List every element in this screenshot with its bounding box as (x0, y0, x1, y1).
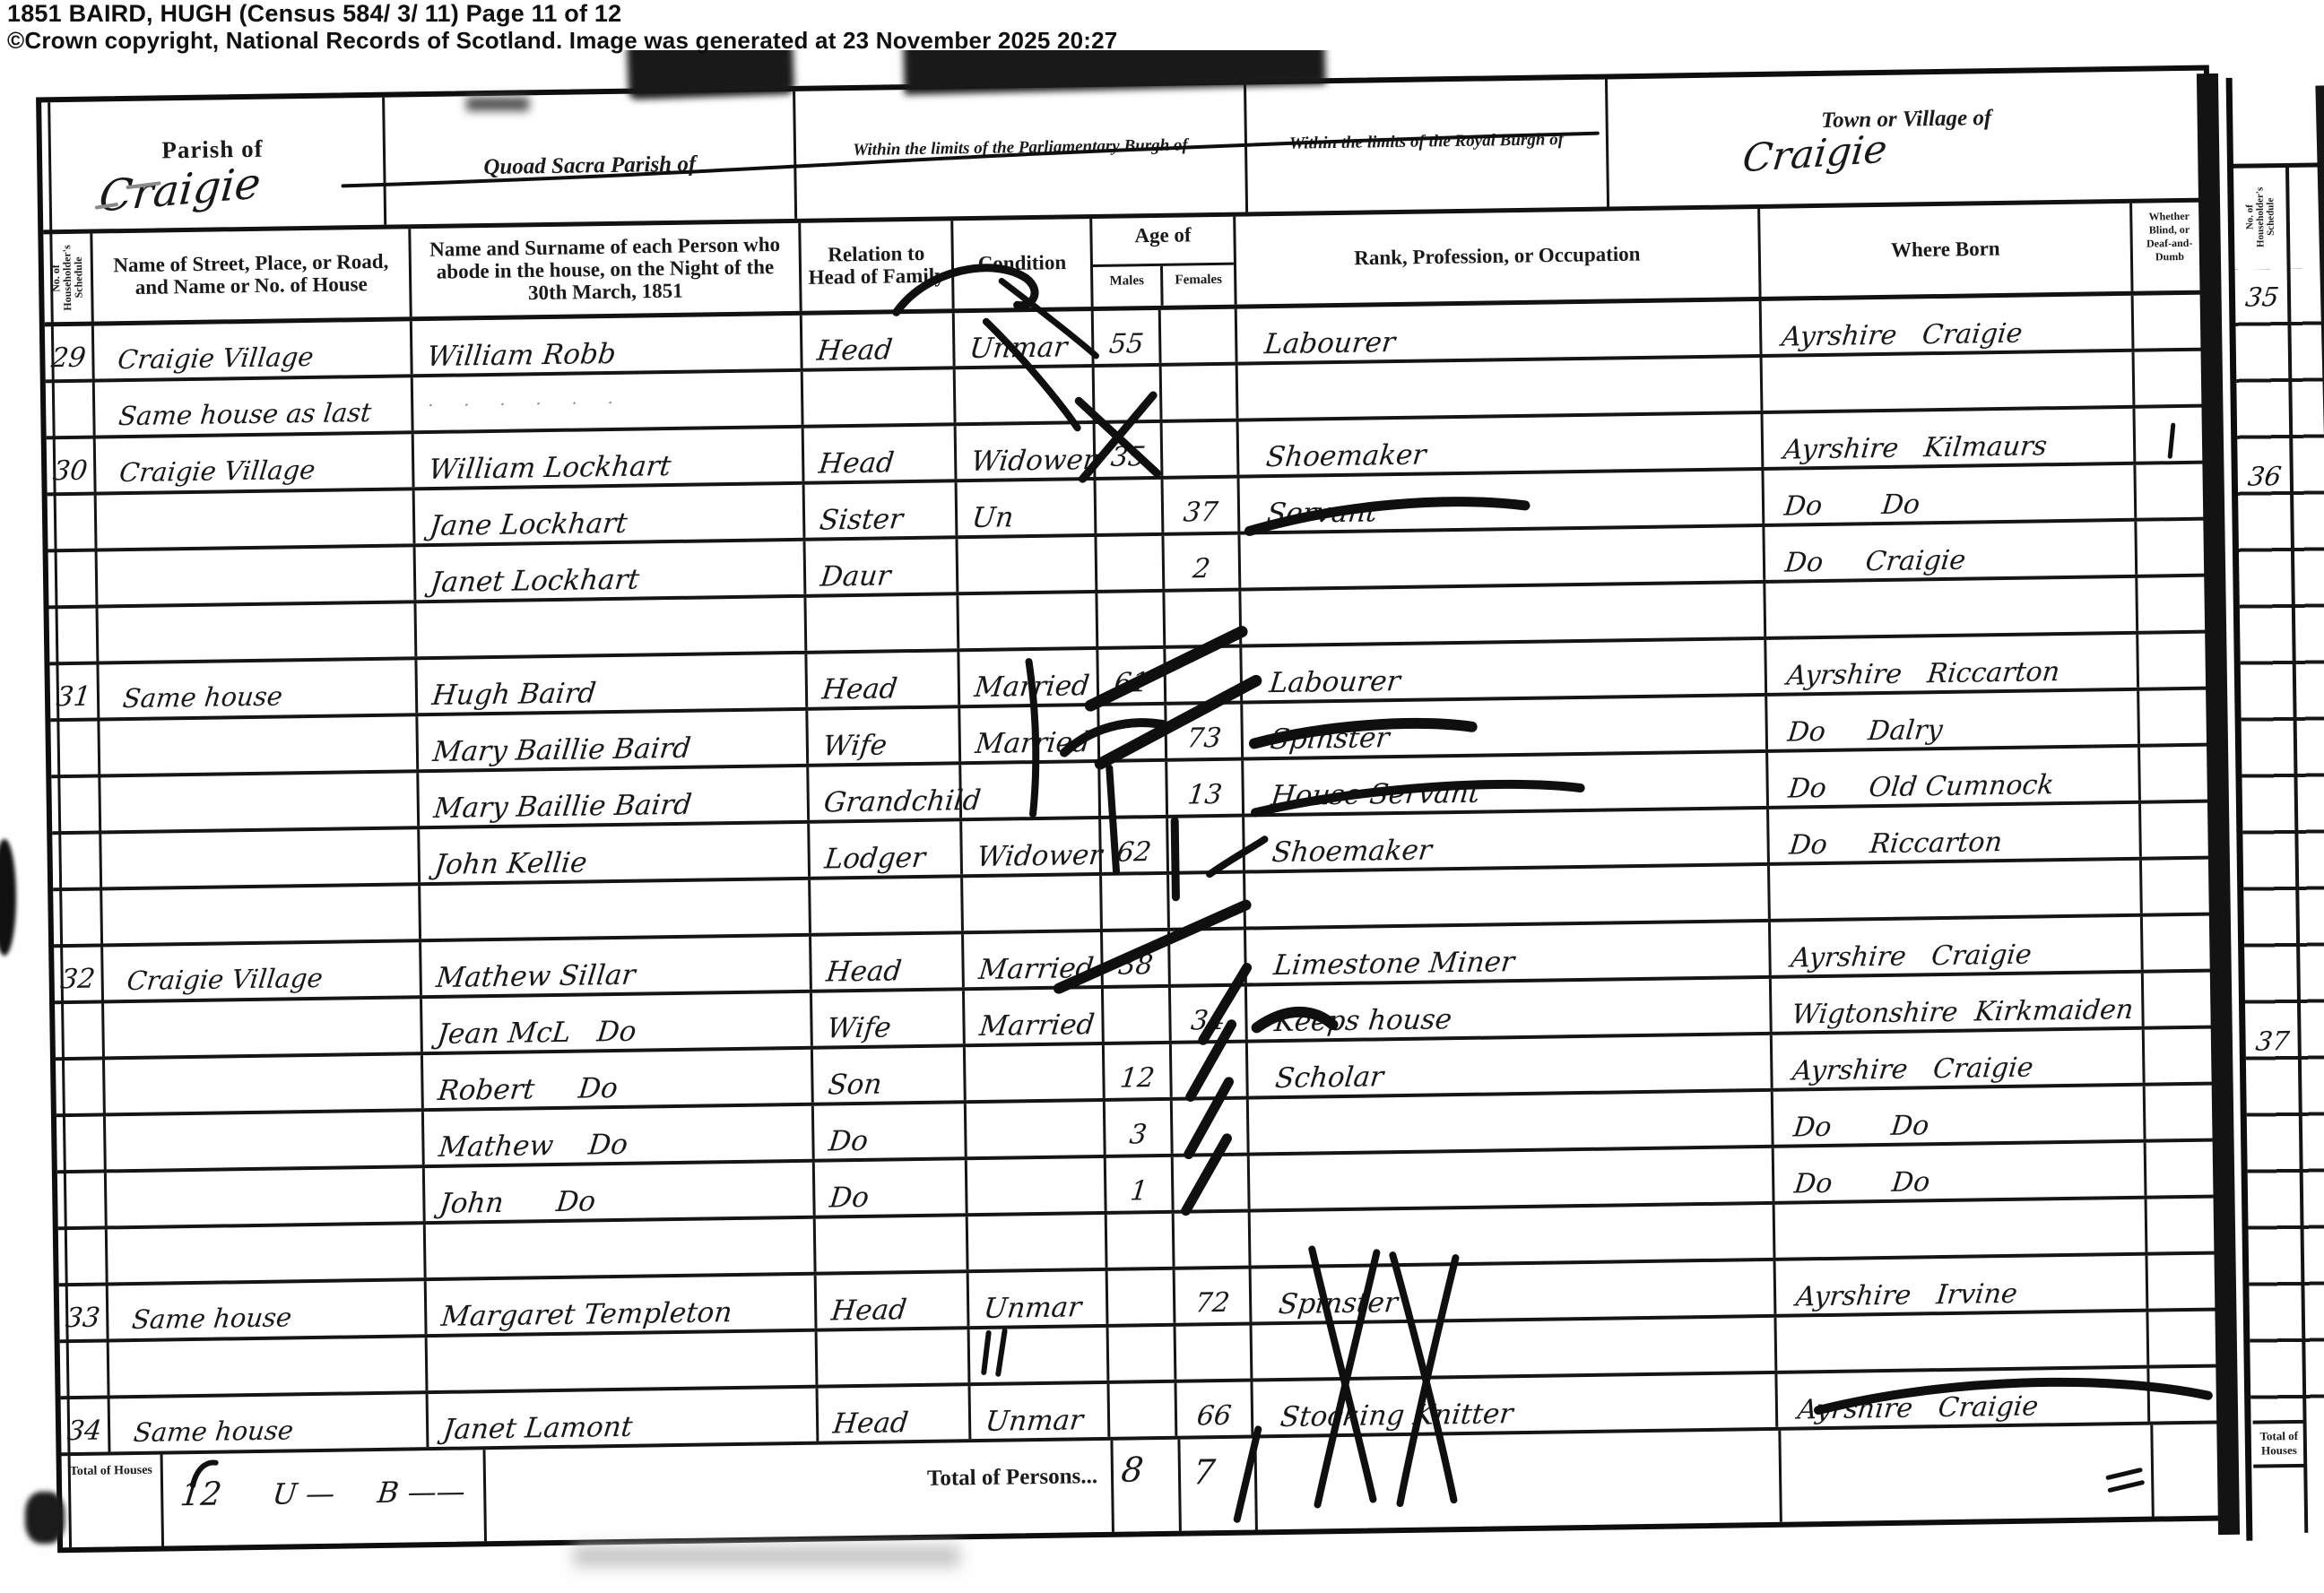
occupation-cell-text: Limestone Miner (1272, 948, 1516, 980)
condition-cell: Widower (957, 424, 1097, 479)
age-male-cell: 1 (1106, 1157, 1175, 1211)
condition-cell: Unmar (969, 1271, 1109, 1326)
royal-burgh-cell: Within the limits of the Royal Burgh of (1244, 80, 1607, 212)
relation-cell: Do (814, 1104, 967, 1159)
name-cell: William Lockhart (414, 429, 805, 487)
col-schedule-no: No. of Householder's Schedule (43, 234, 93, 323)
relation-cell: Daur (806, 539, 959, 594)
born-cell-text: Ayrshire Riccarton (1785, 659, 2060, 690)
name-cell (428, 1332, 819, 1390)
occupation-cell: Keeps house (1247, 979, 1773, 1040)
col-relation: Relation to Head of Family (801, 221, 954, 311)
street-cell (101, 829, 421, 887)
age-female-cell-text: 73 (1185, 725, 1222, 753)
age-female-cell: 13 (1167, 761, 1244, 815)
blind-cell (2135, 351, 2209, 405)
schedule-no-cell (60, 1342, 110, 1396)
name-cell-text: Mary Baillie Baird (432, 792, 693, 823)
schedule-no-cell (53, 890, 103, 944)
street-cell: Craigie Village (103, 942, 422, 1000)
totals-divider (1253, 1438, 1258, 1529)
blind-cell (2146, 1141, 2221, 1195)
age-female-cell: 37 (1164, 479, 1241, 532)
schedule-no-cell-text: 34 (65, 1418, 102, 1446)
born-cell-text: Do Do (1782, 491, 1921, 520)
condition-cell-text: Married (974, 729, 1091, 758)
condition-cell: Married (964, 932, 1104, 987)
name-cell-text: William Robb (426, 341, 618, 371)
age-male-cell (1107, 1214, 1175, 1268)
next-page-top-rule (2233, 162, 2324, 169)
street-cell (99, 603, 418, 661)
viewer-title: 1851 BAIRD, HUGH (Census 584/ 3/ 11) Pag… (7, 0, 621, 28)
name-cell-text: Janet Lockhart (429, 567, 640, 598)
occupation-cell (1238, 358, 1764, 419)
schedule-no-cell (56, 1060, 106, 1113)
born-cell: Do Riccarton (1769, 804, 2142, 862)
occupation-cell-text: Stocking Knitter (1279, 1400, 1514, 1432)
street-cell-text: Same house as last (117, 400, 373, 429)
age-female-cell: 73 (1166, 705, 1244, 758)
condition-cell: Widower (962, 819, 1102, 874)
copyright-line: ©Crown copyright, National Records of Sc… (7, 27, 1117, 55)
relation-cell-text: Head (816, 336, 894, 365)
age-male-cell (1102, 875, 1170, 929)
next-page-schedule-header: No. of Householder's Schedule (2239, 170, 2283, 264)
born-cell: Ayrshire Craigie (1773, 1030, 2146, 1088)
condition-cell (967, 1158, 1107, 1213)
blind-cell (2139, 690, 2214, 744)
relation-cell: Head (817, 1273, 970, 1329)
col-street: Name of Street, Place, or Road, and Name… (92, 229, 412, 321)
quoad-sacra-label: Quoad Sacra Parish of (386, 151, 793, 182)
age-female-cell (1169, 874, 1246, 928)
condition-cell (956, 368, 1096, 422)
occupation-cell: Shoemaker (1239, 414, 1765, 475)
name-cell-text: Hugh Baird (430, 680, 597, 710)
parish-of-cell: Parish of Craigie (41, 98, 384, 230)
blind-cell (2149, 1367, 2224, 1421)
age-female-cell (1173, 1100, 1250, 1154)
schedule-no-cell: 33 (59, 1286, 109, 1339)
age-female-cell (1174, 1156, 1251, 1210)
condition-cell: Unmar (955, 311, 1095, 366)
relation-cell: Head (811, 934, 965, 990)
street-cell (105, 1055, 424, 1113)
name-cell: Margaret Templeton (427, 1276, 818, 1334)
census-rows: 29Craigie VillageWilliam RobbHeadUnmar55… (45, 295, 2224, 1457)
street-cell: Same house (99, 660, 418, 717)
name-cell-text: Mathew Do (438, 1131, 629, 1162)
age-male-cell: 3 (1106, 1101, 1174, 1155)
name-cell: Hugh Baird (417, 654, 808, 713)
born-cell-text: Wigtonshire Kirkmaiden (1791, 997, 2135, 1029)
born-cell-text: Ayrshire Craigie (1796, 1393, 2039, 1424)
street-cell (108, 1225, 427, 1282)
born-cell-text: Ayrshire Craigie (1781, 321, 2024, 351)
relation-cell-text: Head (818, 449, 896, 478)
occupation-cell: Scholar (1248, 1035, 1773, 1096)
age-male-cell: 12 (1105, 1044, 1173, 1098)
col-blind: Whether Blind, or Deaf-and- Dumb (2132, 203, 2207, 291)
occupation-cell: Labourer (1242, 640, 1767, 701)
schedule-no-cell-text: 29 (50, 345, 87, 373)
schedule-no-cell (48, 552, 99, 606)
condition-cell (963, 876, 1103, 931)
relation-cell (818, 1329, 971, 1385)
age-male-cell (1100, 762, 1168, 816)
street-cell-text: Same house (133, 1417, 295, 1446)
age-male-cell (1108, 1270, 1176, 1324)
name-cell-text: Robert Do (437, 1075, 620, 1105)
scan-blot (0, 839, 16, 956)
next-page-row-rules (2235, 268, 2324, 1431)
street-cell-text: Same house (121, 683, 283, 712)
occupation-cell: Labourer (1237, 301, 1763, 362)
blind-cell (2148, 1311, 2223, 1364)
census-scan: Parish of Craigie Quoad Sacra Parish of … (0, 50, 2324, 1593)
schedule-no-cell: 34 (61, 1398, 111, 1452)
street-cell: Craigie Village (96, 434, 415, 491)
blind-cell (2135, 408, 2209, 462)
occupation-cell: Stocking Knitter (1253, 1374, 1778, 1435)
age-female-cell-text: 34 (1190, 1008, 1227, 1035)
blind-cell (2146, 1085, 2220, 1138)
age-male-cell (1109, 1327, 1177, 1381)
blind-cell (2147, 1198, 2222, 1251)
street-cell (100, 716, 419, 774)
occupation-cell (1245, 866, 1771, 927)
occupation-cell: Spinster (1252, 1261, 1777, 1322)
born-cell: Ayrshire Kilmaurs (1764, 409, 2137, 467)
occupation-cell (1251, 1205, 1776, 1266)
street-cell: Same house (110, 1394, 429, 1451)
age-female-cell-text: 66 (1195, 1403, 1232, 1431)
town-or-village-label: Town or Village of (1608, 103, 2204, 137)
totals-divider (1778, 1431, 1782, 1522)
age-male-cell: 62 (1101, 818, 1169, 872)
relation-cell-text: Lodger (823, 844, 926, 874)
schedule-no-cell (48, 496, 98, 550)
condition-cell: Un (958, 480, 1097, 535)
name-cell: Mary Baillie Baird (419, 767, 810, 826)
occupation-cell: Limestone Miner (1246, 922, 1772, 983)
name-cell (426, 1219, 817, 1277)
schedule-no-cell (52, 834, 102, 887)
name-cell-text: Mathew Sillar (435, 962, 637, 992)
total-uninhabited-value: U — (271, 1479, 336, 1509)
age-male-cell (1109, 1383, 1177, 1437)
name-cell-text: William Lockhart (428, 453, 672, 484)
totals-divider (160, 1455, 165, 1546)
col-age-label: Age of (1092, 224, 1233, 248)
born-cell: Ayrshire Irvine (1776, 1256, 2149, 1314)
condition-cell-text: Married (978, 1011, 1096, 1041)
condition-cell (961, 763, 1101, 818)
blind-cell (2140, 747, 2215, 801)
name-cell-text: Jean McL Do (436, 1018, 637, 1049)
blind-cell (2143, 915, 2217, 969)
col-blind-label: Whether Blind, or Deaf-and- Dumb (2132, 210, 2207, 264)
relation-cell: Head (804, 426, 958, 481)
street-cell (98, 547, 417, 604)
age-male-cell: 38 (1103, 931, 1171, 985)
relation-cell: Head (807, 652, 960, 707)
next-page-schedule-number: 35 (2239, 281, 2285, 313)
total-persons-females: 7 (1192, 1455, 1217, 1489)
street-cell: Same house (108, 1281, 428, 1338)
condition-cell-text: Married (977, 955, 1095, 984)
name-cell: Janet Lockhart (416, 541, 807, 600)
totals-divider (2150, 1425, 2155, 1517)
total-persons-males: 8 (1120, 1452, 1145, 1486)
occupation-cell (1240, 527, 1765, 588)
name-cell-text: John Do (438, 1188, 597, 1218)
col-born: Where Born (1760, 203, 2133, 297)
col-age-females-label: Females (1163, 265, 1235, 306)
street-cell-text: Craigie Village (126, 965, 324, 994)
blind-cell (2141, 803, 2216, 857)
condition-cell-text: Widower (976, 842, 1104, 871)
age-female-cell: 66 (1176, 1381, 1253, 1435)
relation-cell: Son (813, 1047, 967, 1103)
blind-cell (2136, 464, 2210, 518)
relation-cell (803, 369, 957, 425)
age-female-cell (1166, 648, 1243, 702)
condition-cell-text: Unmar (968, 333, 1069, 363)
name-cell: John Do (425, 1163, 816, 1221)
relation-cell (806, 595, 959, 651)
age-female-cell (1161, 309, 1238, 363)
born-cell: Ayrshire Riccarton (1766, 635, 2139, 693)
age-male-cell: 35 (1096, 423, 1164, 477)
relation-cell-text: Head (831, 1409, 909, 1438)
condition-cell-text: Married (973, 672, 1090, 702)
schedule-no-cell-text: 31 (55, 684, 91, 712)
next-page-sliver: No. of Householder's Schedule 353637 Tot… (2226, 76, 2324, 1541)
schedule-no-cell: 32 (54, 947, 104, 1000)
age-female-cell (1162, 366, 1239, 420)
age-female-cell (1170, 931, 1247, 984)
condition-cell-text: Unmar (983, 1294, 1083, 1323)
name-cell: William Robb (412, 316, 803, 374)
col-name: Name and Surname of each Person who abod… (411, 223, 802, 316)
age-female-cell (1165, 592, 1242, 645)
relation-cell-text: Wife (826, 1014, 892, 1043)
parliamentary-burgh-cell: Within the limits of the Parliamentary B… (793, 84, 1245, 218)
relation-cell: Lodger (810, 821, 963, 877)
scan-smudge (627, 50, 794, 100)
name-cell: Mary Baillie Baird (418, 711, 809, 769)
schedule-no-cell (55, 1003, 105, 1057)
age-female-cell-text: 37 (1182, 499, 1218, 527)
age-male-cell-text: 3 (1128, 1121, 1148, 1148)
born-cell: Ayrshire Craigie (1777, 1369, 2150, 1427)
age-female-cell-text: 13 (1186, 782, 1223, 809)
age-male-cell-text: 35 (1109, 444, 1146, 472)
condition-cell (968, 1215, 1108, 1269)
relation-cell (811, 878, 964, 933)
age-female-cell: 2 (1164, 535, 1241, 589)
relation-cell-text: Son (827, 1071, 883, 1100)
royal-burgh-label: Within the limits of the Royal Burgh of (1247, 130, 1606, 155)
born-cell: Ayrshire Craigie (1762, 296, 2135, 354)
condition-cell (958, 537, 1097, 592)
col-born-label: Where Born (1761, 236, 2130, 264)
age-male-cell-text: 62 (1115, 839, 1152, 867)
street-cell (109, 1338, 429, 1395)
relation-cell-text: Head (830, 1296, 908, 1325)
name-cell: Jane Lockhart (415, 485, 806, 543)
street-cell-text: Same house (131, 1304, 293, 1333)
page2-schedule-numbers: 353637 (2233, 76, 2324, 78)
born-cell-text: Do Dalry (1786, 717, 1944, 747)
relation-cell: Grandchild (809, 765, 962, 820)
schedule-no-cell (49, 609, 100, 662)
relation-cell-text: Do (828, 1184, 871, 1213)
age-female-cell (1176, 1326, 1253, 1380)
born-cell: Do Old Cumnock (1768, 748, 2141, 806)
name-cell: John Kellie (420, 824, 811, 882)
born-cell (1763, 352, 2136, 411)
street-cell-text: Craigie Village (118, 457, 317, 486)
born-cell-text: Do Do (1793, 1169, 1931, 1198)
condition-cell: Married (959, 650, 1099, 705)
blind-cell (2134, 295, 2208, 349)
schedule-no-cell-text: 32 (59, 966, 96, 994)
col-street-label: Name of Street, Place, or Road, and Name… (93, 250, 410, 299)
born-cell: Wigtonshire Kirkmaiden (1772, 974, 2145, 1032)
scan-smudge (466, 97, 529, 111)
census-sheet: Parish of Craigie Quoad Sacra Parish of … (36, 65, 2231, 1554)
occupation-cell-text: Servant (1265, 498, 1378, 528)
born-cell-text: Do Riccarton (1788, 829, 2003, 860)
occupation-cell-text: Shoemaker (1270, 836, 1433, 867)
name-cell: · · · · · · (413, 372, 804, 430)
col-condition-label: Condition (954, 252, 1090, 276)
age-female-cell (1163, 422, 1240, 476)
relation-cell: Head (819, 1386, 972, 1441)
age-female-cell-text: 2 (1192, 556, 1211, 583)
street-cell (100, 773, 420, 830)
born-cell: Do Do (1774, 1143, 2147, 1201)
blind-cell (2137, 521, 2211, 575)
age-male-cell-text: 61 (1113, 670, 1149, 697)
name-cell-text: Mary Baillie Baird (431, 735, 692, 766)
condition-cell (966, 1045, 1106, 1100)
street-cell (97, 490, 416, 548)
name-cell (416, 598, 807, 656)
age-female-cell: 72 (1175, 1269, 1253, 1323)
age-male-cell-text: 12 (1119, 1065, 1156, 1093)
born-cell: Do Dalry (1767, 691, 2140, 749)
name-cell: Mathew Do (424, 1106, 815, 1164)
age-male-cell (1097, 593, 1166, 646)
schedule-no-cell: 29 (45, 326, 95, 380)
blind-cell (2145, 1028, 2219, 1082)
blind-cell (2138, 577, 2212, 631)
col-age: Age of Males Females (1092, 217, 1236, 307)
age-male-cell (1097, 480, 1165, 533)
age-male-cell (1099, 706, 1167, 759)
col-occupation-label: Rank, Profession, or Occupation (1236, 242, 1758, 272)
relation-cell-text: Sister (818, 506, 904, 534)
street-cell-text: Craigie Village (117, 344, 315, 373)
born-cell (1776, 1312, 2149, 1371)
condition-cell-text: Unmar (984, 1407, 1084, 1436)
relation-cell: Wife (808, 708, 961, 764)
condition-cell (958, 593, 1098, 648)
blind-cell (2144, 972, 2218, 1026)
parliamentary-burgh-label: Within the limits of the Parliamentary B… (796, 134, 1244, 160)
town-or-village-cell: Town or Village of Craigie (1605, 71, 2206, 207)
age-female-cell-text: 72 (1193, 1290, 1230, 1318)
relation-cell-text: Head (820, 675, 898, 704)
schedule-no-cell (57, 1173, 108, 1226)
next-page-schedule-number: 36 (2242, 461, 2288, 492)
occupation-cell (1249, 1092, 1774, 1153)
name-cell: Mathew Sillar (421, 937, 812, 995)
blind-cell (2142, 860, 2216, 913)
occupation-cell: Spinster (1243, 697, 1768, 758)
total-houses-value: 12 (178, 1479, 223, 1512)
totals-divider (1110, 1441, 1114, 1532)
occupation-cell: Shoemaker (1244, 809, 1770, 870)
occupation-cell (1253, 1318, 1778, 1379)
condition-cell: Married (960, 706, 1100, 761)
relation-cell-text: Wife (821, 732, 888, 760)
totals-divider (482, 1450, 487, 1541)
name-cell: Janet Lamont (429, 1389, 819, 1447)
condition-cell: Unmar (971, 1384, 1111, 1439)
age-male-cell-text: 1 (1129, 1178, 1149, 1205)
blind-cell (2138, 634, 2213, 688)
occupation-cell-text: Spinster (1278, 1289, 1400, 1319)
name-cell-text: · · · · · · (427, 394, 620, 414)
schedule-no-cell (50, 721, 100, 775)
schedule-no-cell (56, 1116, 107, 1170)
street-cell (104, 999, 423, 1056)
street-cell: Same house as last (95, 377, 414, 435)
schedule-no-cell: 31 (49, 664, 100, 718)
schedule-no-cell (58, 1229, 108, 1283)
col-schedule-no-label: No. of Householder's Schedule (50, 245, 85, 311)
town-or-village-value: Craigie (1740, 131, 1888, 179)
occupation-cell: House Servant (1244, 753, 1769, 814)
schedule-no-cell (46, 383, 96, 437)
born-cell (1765, 578, 2138, 636)
relation-cell (816, 1216, 969, 1272)
scan-smear (574, 1545, 959, 1567)
relation-cell-text: Head (825, 957, 903, 986)
relation-cell: Do (815, 1160, 968, 1216)
born-cell: Do Craigie (1765, 522, 2138, 580)
occupation-cell-text: Labourer (1268, 668, 1401, 697)
born-cell (1775, 1199, 2148, 1258)
age-male-cell (1095, 367, 1163, 420)
scan-blot (25, 1492, 65, 1544)
total-building-value: B —— (376, 1477, 466, 1508)
occupation-cell: Servant (1240, 471, 1765, 532)
col-name-label: Name and Surname of each Person who abod… (411, 234, 799, 307)
name-cell-text: John Kellie (433, 849, 588, 879)
age-female-cell: 34 (1171, 987, 1248, 1041)
occupation-cell-text: Keeps house (1273, 1006, 1453, 1036)
blind-cell (2147, 1254, 2222, 1308)
col-relation-label: Relation to Head of Family (802, 243, 952, 290)
condition-cell-text: Un (970, 504, 1014, 532)
total-houses-label: Total of Houses (65, 1464, 157, 1480)
